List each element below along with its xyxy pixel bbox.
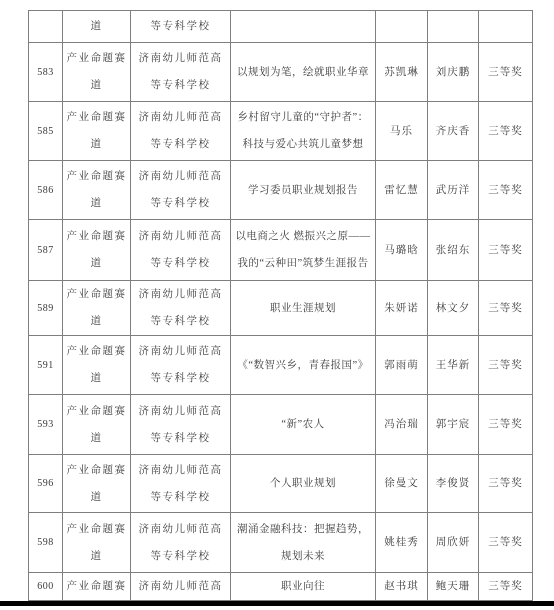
cell-title: 以电商之火 燃振兴之原——我的“云种田”筑梦生涯报告 — [231, 220, 376, 281]
cell-title: 《“数智兴乡，青春报国”》 — [231, 336, 376, 395]
cell-school: 济南幼儿师范高等专科学校 — [131, 281, 231, 336]
table-row: 591 产业命题赛道 济南幼儿师范高等专科学校 《“数智兴乡，青春报国”》 郭雨… — [29, 336, 533, 395]
cell-school: 济南幼儿师范高等专科学校 — [131, 220, 231, 281]
cell-num: 587 — [29, 220, 63, 281]
cell-winner-1 — [376, 11, 428, 43]
cell-award: 三等奖 — [479, 281, 533, 336]
cell-num: 596 — [29, 455, 63, 513]
cell-title: 潮涌金融科技：把握趋势，规划未来 — [231, 513, 376, 573]
cell-award: 三等奖 — [479, 573, 533, 601]
cell-winner-2: 武历洋 — [428, 161, 479, 220]
awards-table: 道 等专科学校 583 产业命题赛道 济南幼儿师范高等专科学校 以规划为笔，绘就… — [28, 10, 533, 601]
cell-winner-2: 林文夕 — [428, 281, 479, 336]
cell-track: 产业命题赛 — [63, 573, 131, 601]
cell-school: 济南幼儿师范高 — [131, 573, 231, 601]
cell-track: 产业命题赛道 — [63, 513, 131, 573]
cell-winner-1: 朱妍诺 — [376, 281, 428, 336]
cell-winner-2: 周欣妍 — [428, 513, 479, 573]
cell-title: “新”农人 — [231, 395, 376, 455]
cell-award: 三等奖 — [479, 395, 533, 455]
cell-winner-1: 郭雨萌 — [376, 336, 428, 395]
cell-title: 职业生涯规划 — [231, 281, 376, 336]
cell-winner-1: 马璐晗 — [376, 220, 428, 281]
cell-num: 598 — [29, 513, 63, 573]
cell-title: 学习委员职业规划报告 — [231, 161, 376, 220]
cell-school: 济南幼儿师范高等专科学校 — [131, 455, 231, 513]
cell-winner-2: 齐庆香 — [428, 102, 479, 161]
cell-winner-2: 刘庆鹏 — [428, 43, 479, 102]
cell-title: 乡村留守儿童的“守护者”：科技与爱心共筑儿童梦想 — [231, 102, 376, 161]
cell-winner-2: 鲍天珊 — [428, 573, 479, 601]
cell-winner-1: 姚桂秀 — [376, 513, 428, 573]
cell-winner-1: 苏凯琳 — [376, 43, 428, 102]
cell-award: 三等奖 — [479, 455, 533, 513]
cell-winner-2: 郭宇宸 — [428, 395, 479, 455]
cell-award: 三等奖 — [479, 220, 533, 281]
cell-winner-2: 李俊贤 — [428, 455, 479, 513]
cell-winner-2: 王华新 — [428, 336, 479, 395]
table-row-clipped: 600 产业命题赛 济南幼儿师范高 职业向往 赵书琪 鲍天珊 三等奖 — [29, 573, 533, 601]
cell-winner-1: 徐曼文 — [376, 455, 428, 513]
cell-school: 济南幼儿师范高等专科学校 — [131, 102, 231, 161]
table-row: 589 产业命题赛道 济南幼儿师范高等专科学校 职业生涯规划 朱妍诺 林文夕 三… — [29, 281, 533, 336]
table-row: 598 产业命题赛道 济南幼儿师范高等专科学校 潮涌金融科技：把握趋势，规划未来… — [29, 513, 533, 573]
table-row: 586 产业命题赛道 济南幼儿师范高等专科学校 学习委员职业规划报告 雷忆慧 武… — [29, 161, 533, 220]
cell-track: 产业命题赛道 — [63, 220, 131, 281]
cell-num: 586 — [29, 161, 63, 220]
cell-track: 产业命题赛道 — [63, 336, 131, 395]
table-row: 585 产业命题赛道 济南幼儿师范高等专科学校 乡村留守儿童的“守护者”：科技与… — [29, 102, 533, 161]
cell-award: 三等奖 — [479, 161, 533, 220]
table-row: 583 产业命题赛道 济南幼儿师范高等专科学校 以规划为笔，绘就职业华章 苏凯琳… — [29, 43, 533, 102]
cell-title: 以规划为笔，绘就职业华章 — [231, 43, 376, 102]
cell-winner-1: 赵书琪 — [376, 573, 428, 601]
cell-award: 三等奖 — [479, 43, 533, 102]
cell-track: 产业命题赛道 — [63, 43, 131, 102]
cell-track: 产业命题赛道 — [63, 161, 131, 220]
cell-num: 583 — [29, 43, 63, 102]
cell-num: 591 — [29, 336, 63, 395]
cell-track: 产业命题赛道 — [63, 102, 131, 161]
document-page: 道 等专科学校 583 产业命题赛道 济南幼儿师范高等专科学校 以规划为笔，绘就… — [0, 0, 554, 610]
cell-track: 产业命题赛道 — [63, 455, 131, 513]
cell-award — [479, 11, 533, 43]
cell-award: 三等奖 — [479, 336, 533, 395]
cell-winner-1: 冯治瑞 — [376, 395, 428, 455]
cell-num: 589 — [29, 281, 63, 336]
cell-num: 585 — [29, 102, 63, 161]
cell-title: 职业向往 — [231, 573, 376, 601]
page-bottom-edge — [0, 601, 554, 606]
cell-winner-2 — [428, 11, 479, 43]
table-row: 593 产业命题赛道 济南幼儿师范高等专科学校 “新”农人 冯治瑞 郭宇宸 三等… — [29, 395, 533, 455]
cell-school: 济南幼儿师范高等专科学校 — [131, 336, 231, 395]
cell-track: 产业命题赛道 — [63, 395, 131, 455]
table-row: 596 产业命题赛道 济南幼儿师范高等专科学校 个人职业规划 徐曼文 李俊贤 三… — [29, 455, 533, 513]
cell-title: 个人职业规划 — [231, 455, 376, 513]
cell-winner-1: 雷忆慧 — [376, 161, 428, 220]
cell-school: 济南幼儿师范高等专科学校 — [131, 161, 231, 220]
cell-award: 三等奖 — [479, 102, 533, 161]
cell-track: 产业命题赛道 — [63, 281, 131, 336]
cell-track: 道 — [63, 11, 131, 43]
cell-school: 济南幼儿师范高等专科学校 — [131, 43, 231, 102]
cell-num — [29, 11, 63, 43]
table-row: 587 产业命题赛道 济南幼儿师范高等专科学校 以电商之火 燃振兴之原——我的“… — [29, 220, 533, 281]
cell-school: 等专科学校 — [131, 11, 231, 43]
table-row-continuation: 道 等专科学校 — [29, 11, 533, 43]
cell-num: 593 — [29, 395, 63, 455]
cell-school: 济南幼儿师范高等专科学校 — [131, 513, 231, 573]
cell-award: 三等奖 — [479, 513, 533, 573]
cell-num: 600 — [29, 573, 63, 601]
cell-title — [231, 11, 376, 43]
cell-school: 济南幼儿师范高等专科学校 — [131, 395, 231, 455]
cell-winner-1: 马乐 — [376, 102, 428, 161]
cell-winner-2: 张绍东 — [428, 220, 479, 281]
